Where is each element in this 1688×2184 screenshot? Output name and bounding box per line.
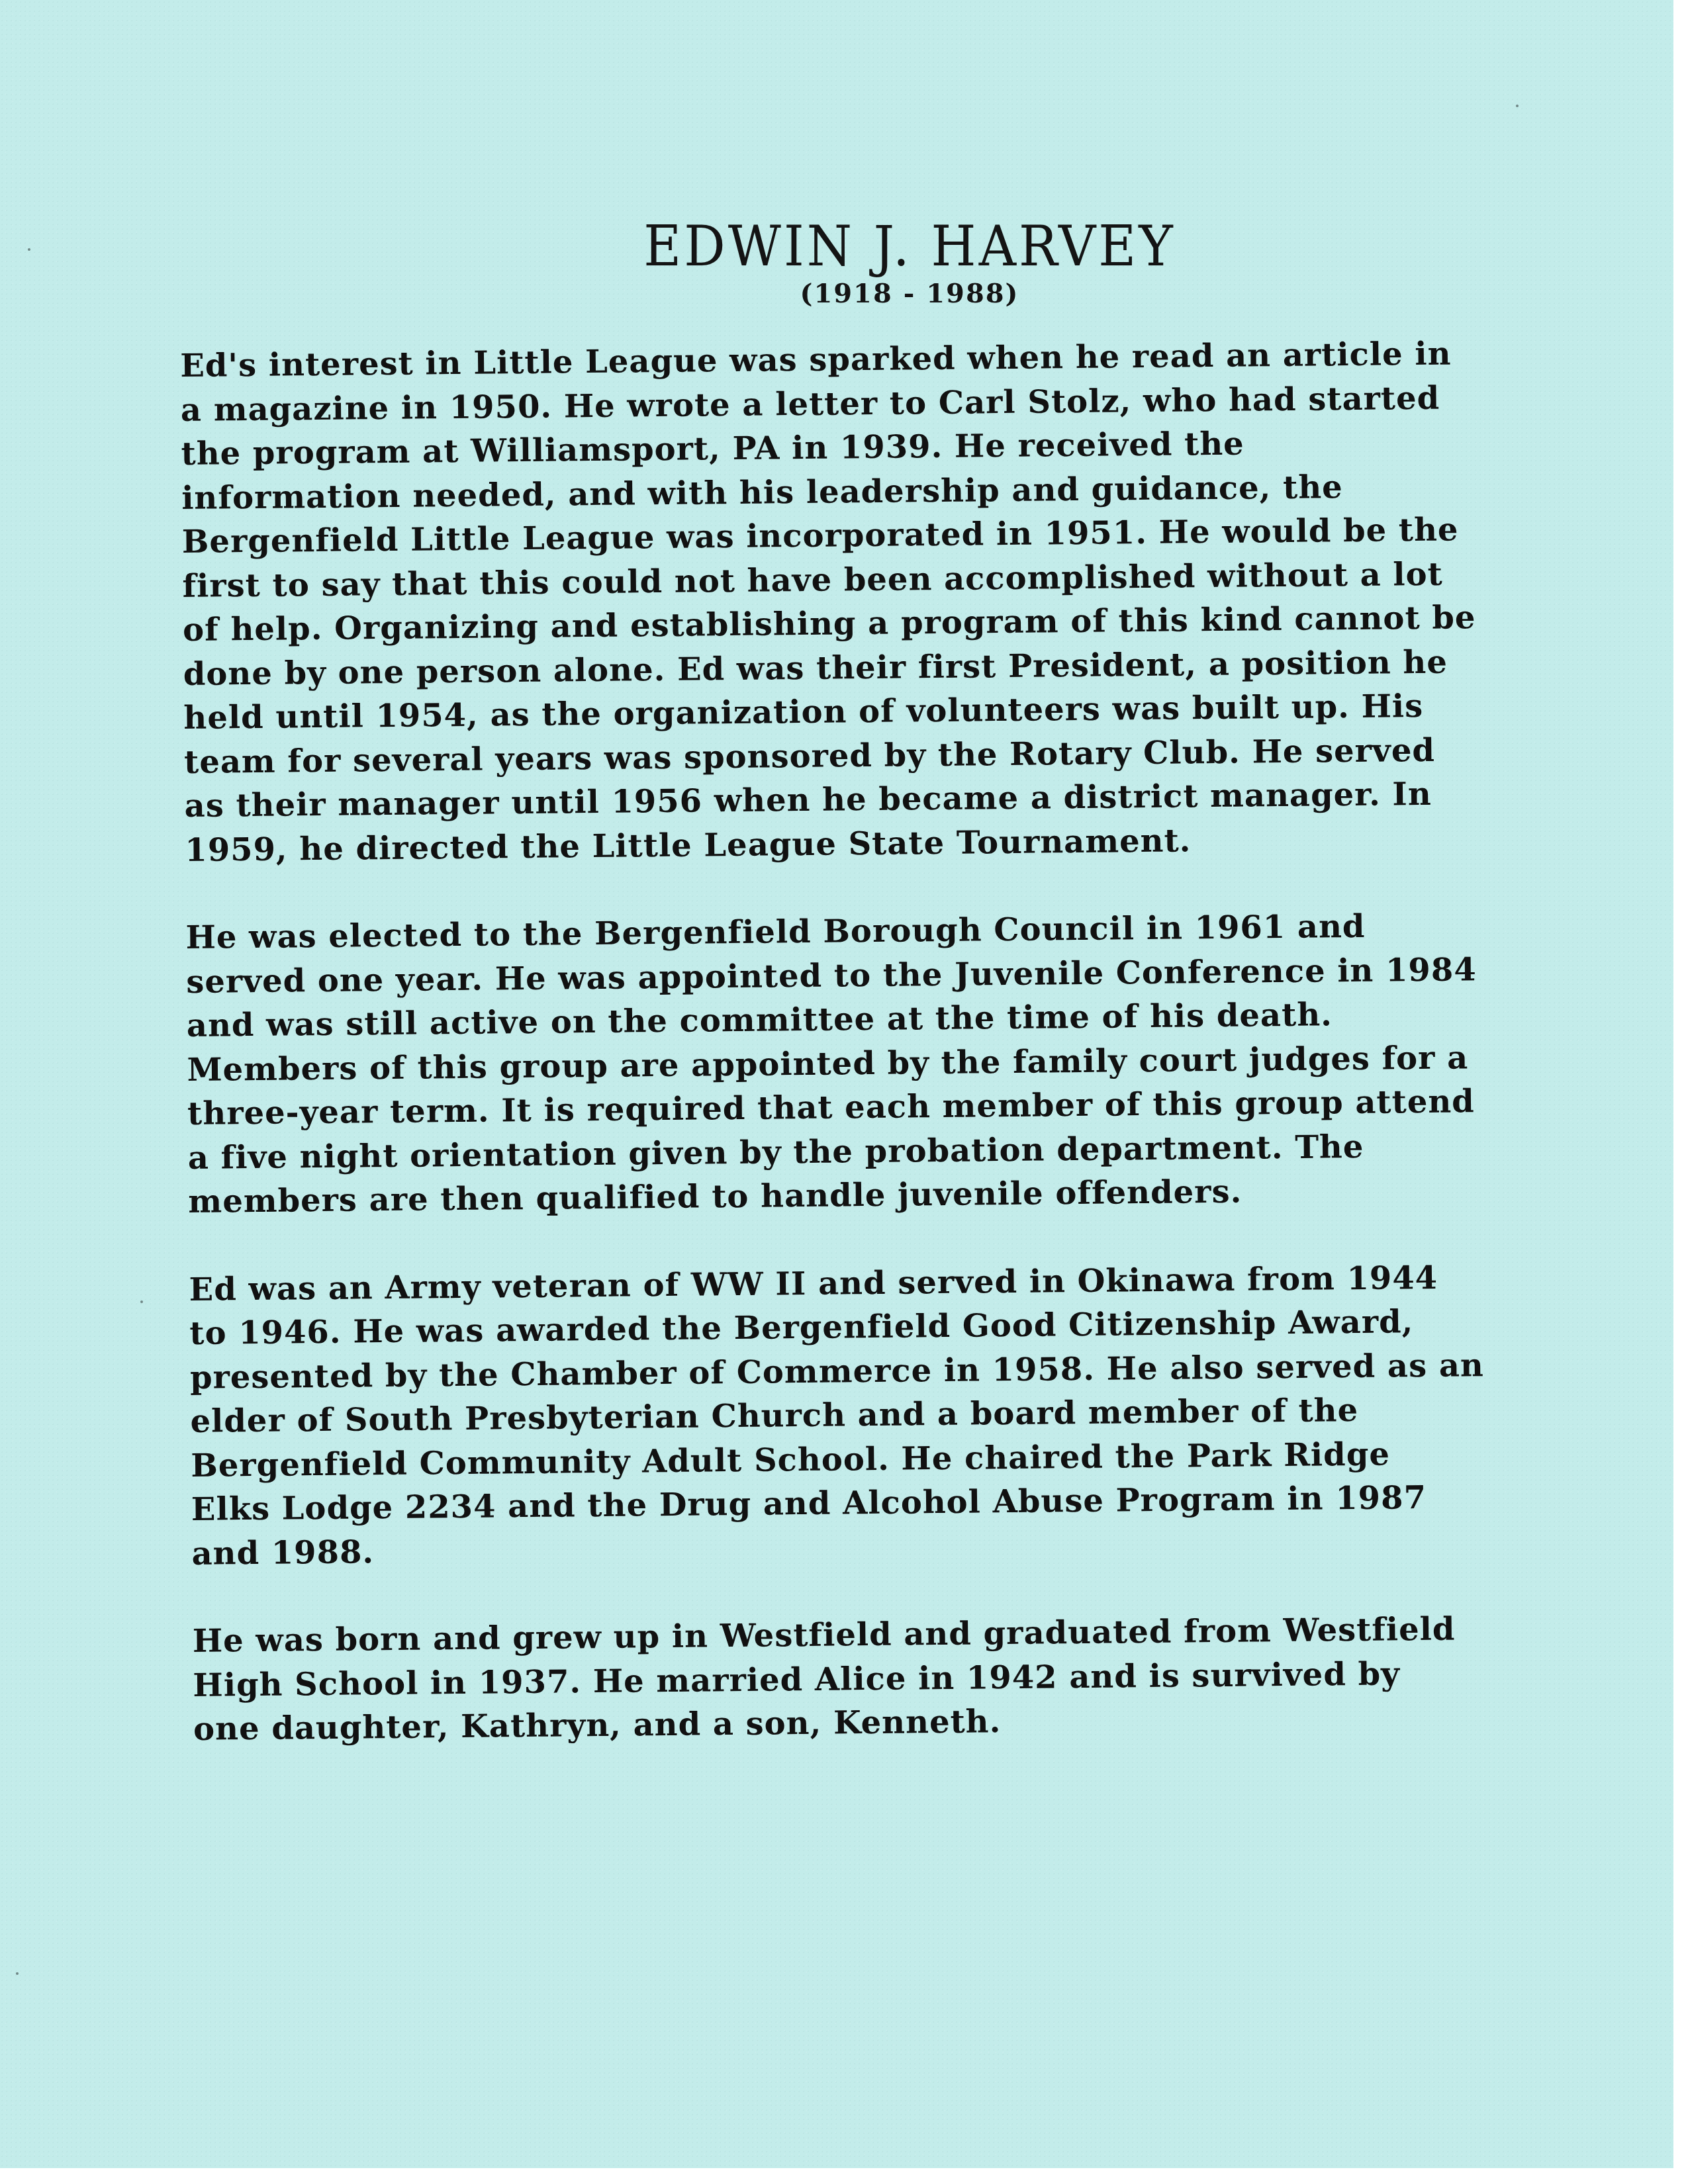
paper-page: EDWIN J. HARVEY (1918 - 1988) Ed's inter… [0,0,1673,2168]
paragraph-borough-council: He was elected to the Bergenfield Boroug… [185,903,1519,1224]
document-body: Ed's interest in Little League was spark… [180,332,1524,1796]
paragraph-army-veteran: Ed was an Army veteran of WW II and serv… [189,1255,1522,1576]
paragraph-early-life: He was born and grew up in Westfield and… [192,1607,1524,1752]
document-title: EDWIN J. HARVEY [73,214,1688,279]
paragraph-little-league: Ed's interest in Little League was spark… [180,332,1516,872]
life-dates: (1918 - 1988) [73,278,1688,309]
scan-speck [16,1972,19,1975]
scan-speck [140,1300,143,1303]
scan-speck [1516,105,1519,107]
scan-speck [28,248,30,251]
